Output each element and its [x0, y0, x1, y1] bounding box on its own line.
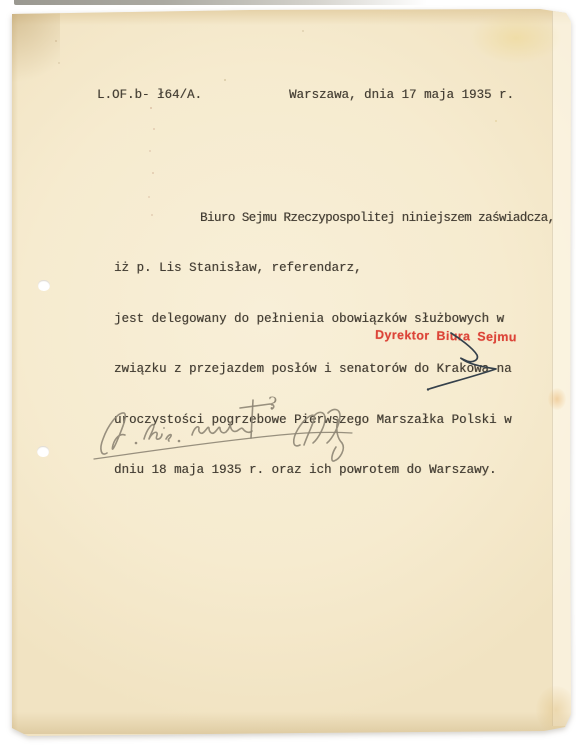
pencil-question-mark: ? [267, 394, 277, 415]
hole-punch-bottom [37, 446, 49, 457]
scan-background: L.OF.b- ł64/A. Warszawa, dnia 17 maja 19… [0, 0, 576, 752]
pencil-initial-2 [327, 409, 343, 461]
hole-punch-top [38, 280, 50, 291]
reference-number: L.OF.b- ł64/A. [97, 88, 202, 103]
dateline: Warszawa, dnia 17 maja 1935 r. [289, 88, 514, 103]
body-line: Biuro Sejmu Rzeczypospolitej niniejszem … [200, 211, 576, 231]
pencil-word-lis-s [166, 435, 171, 441]
pencil-word-lis [144, 425, 162, 440]
paper-stain [536, 686, 576, 734]
paper-corner-shadow [10, 10, 60, 105]
pencil-word-wzial [192, 422, 252, 435]
paper-stain [470, 12, 562, 64]
paper-bottom-edge [10, 712, 572, 734]
paper-wrapper: L.OF.b- ł64/A. Warszawa, dnia 17 maja 19… [0, 0, 576, 752]
pencil-word-p [101, 413, 125, 454]
pencil-initial-1 [294, 412, 325, 446]
pencil-underline [94, 432, 352, 459]
ink-signature-flourish [415, 328, 515, 398]
document-paper: L.OF.b- ł64/A. Warszawa, dnia 17 maja 19… [0, 0, 576, 752]
body-line: iż p. Lis Stanisław, referendarz, [114, 261, 576, 281]
pencil-annotation: ? [80, 383, 380, 483]
paper-left-edge [10, 8, 18, 734]
paper-specks [150, 107, 152, 109]
